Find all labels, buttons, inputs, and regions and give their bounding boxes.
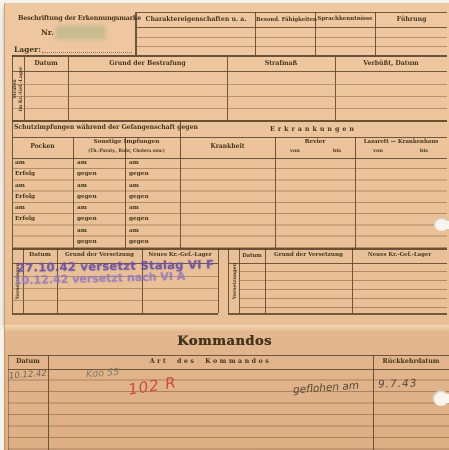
lager-dotted-line bbox=[42, 46, 132, 53]
impf-cell: gegen bbox=[77, 171, 97, 177]
lazarett-bis-label: bis bbox=[401, 148, 447, 154]
kommandos-col-rueckkehr: Rückkehrdatum bbox=[373, 358, 449, 365]
impfungen-col-sonstige: Sonstige Impfungen bbox=[73, 139, 180, 145]
column-divider bbox=[218, 248, 219, 313]
impf-cell: am bbox=[129, 205, 139, 211]
erkrankungen-col-krankheit: Krankheit bbox=[180, 143, 275, 150]
rule bbox=[12, 84, 447, 85]
traits-col-sprachen: Sprachkenntnisse bbox=[316, 16, 374, 22]
traits-col-charakter: Charaktereigenschaften u. a. bbox=[138, 16, 254, 23]
erkrankungen-col-lazarett: Lazarett — Krankenhaus bbox=[355, 139, 447, 145]
rule bbox=[137, 46, 447, 47]
rule bbox=[12, 313, 218, 315]
strafen-col-strafmass: Strafmaß bbox=[227, 60, 335, 67]
punch-hole-tear bbox=[443, 394, 449, 403]
versetzungen-col-neues-right: Neues Kr.-Gef.-Lager bbox=[352, 252, 447, 258]
strafen-side-label-line1: Strafen bbox=[13, 59, 19, 119]
impf-cell: gegen bbox=[77, 194, 97, 200]
rule bbox=[12, 288, 218, 289]
impf-cell: am bbox=[15, 160, 25, 166]
column-divider bbox=[135, 12, 137, 55]
rule bbox=[12, 96, 447, 97]
return-date-note: 9.7.43 bbox=[378, 377, 418, 390]
rule bbox=[228, 313, 447, 315]
lager-label: Lager: bbox=[14, 45, 41, 54]
section-rule bbox=[12, 55, 447, 57]
versetzungen-col-grund-right: Grund der Versetzung bbox=[265, 252, 352, 258]
erkennungsmarke-label: Beschriftung der Erkennungsmarke bbox=[18, 14, 134, 22]
kommandos-col-datum: Datum bbox=[8, 358, 48, 365]
impf-cell: gegen bbox=[77, 239, 97, 245]
rule bbox=[12, 137, 447, 138]
impf-cell: am bbox=[129, 160, 139, 166]
strafen-col-datum: Datum bbox=[24, 60, 68, 67]
erkrankungen-title: Erkrankungen bbox=[180, 126, 447, 133]
rule bbox=[137, 27, 447, 28]
rule bbox=[12, 71, 447, 72]
impf-cell: am bbox=[15, 205, 25, 211]
impf-cell: Erfolg bbox=[15, 194, 35, 200]
impf-cell: am bbox=[77, 160, 87, 166]
rule bbox=[8, 355, 449, 356]
kommandos-col-art: Art des Kommandos bbox=[48, 358, 373, 365]
impf-cell: am bbox=[77, 205, 87, 211]
traits-col-fuehrung: Führung bbox=[376, 16, 447, 23]
rule bbox=[137, 12, 447, 13]
impf-cell: am bbox=[77, 183, 87, 189]
impfungen-title: Schutzimpfungen während der Gefangenscha… bbox=[14, 124, 198, 131]
impf-cell: Erfolg bbox=[15, 171, 35, 177]
versetzungen-col-datum-right: Datum bbox=[239, 253, 265, 259]
strafen-col-grund: Grund der Bestrafung bbox=[68, 60, 227, 67]
lazarett-von-label: von bbox=[355, 148, 401, 154]
traits-col-faehigkeiten: Besond. Fähigkeiten bbox=[256, 17, 314, 23]
versetzungen-side-label-right: Versetzungen bbox=[230, 250, 240, 312]
punch-hole-tear bbox=[443, 221, 449, 229]
impf-cell: am bbox=[15, 183, 25, 189]
impf-cell: am bbox=[129, 228, 139, 234]
impf-cell: gegen bbox=[129, 239, 149, 245]
impf-cell: Erfolg bbox=[15, 216, 35, 222]
rule bbox=[12, 108, 447, 109]
impf-cell: am bbox=[77, 228, 87, 234]
scanned-pow-record: Beschriftung der Erkennungsmarke Nr. Lag… bbox=[0, 0, 449, 450]
versetzungen-row-grid bbox=[239, 263, 447, 311]
rule bbox=[137, 37, 447, 38]
impf-cell: gegen bbox=[129, 171, 149, 177]
impf-cell: gegen bbox=[129, 194, 149, 200]
impf-cell: gegen bbox=[129, 216, 149, 222]
strafen-col-verbuesst: Verbüßt, Datum bbox=[335, 60, 447, 67]
strafen-side-label-line2: im Kr.-Gef.-Lager bbox=[18, 59, 24, 119]
impf-cell: am bbox=[129, 183, 139, 189]
versetzungen-col-grund: Grund der Versetzung bbox=[57, 252, 142, 258]
section-rule bbox=[12, 120, 447, 122]
impfungen-col-pocken: Pocken bbox=[12, 143, 73, 150]
nr-label: Nr. bbox=[41, 28, 54, 37]
strafen-side-label: Strafen im Kr.-Gef.-Lager bbox=[13, 59, 25, 119]
kommandos-title: Kommandos bbox=[0, 334, 449, 349]
nr-redacted-box bbox=[57, 27, 104, 38]
revier-bis-label: bis bbox=[317, 148, 357, 154]
impfungen-col-sonstige-sub: (Th.-Paraty., Ruhr, Cholera usw.) bbox=[73, 148, 180, 153]
revier-von-label: von bbox=[275, 148, 315, 154]
table-left-border bbox=[228, 248, 229, 313]
rule bbox=[12, 300, 218, 301]
versetzungen-col-datum: Datum bbox=[23, 252, 57, 258]
impf-cell: gegen bbox=[77, 216, 97, 222]
erkrankungen-col-revier: Revier bbox=[275, 139, 355, 145]
